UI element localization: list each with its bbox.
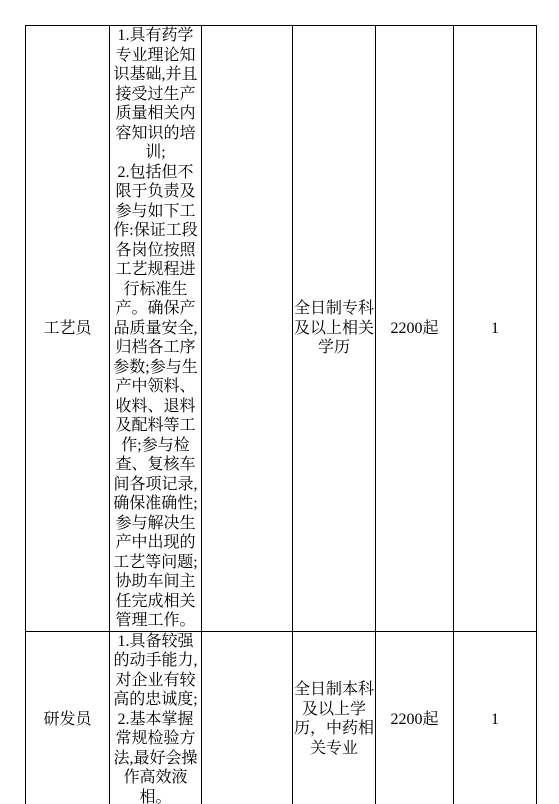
requirement-paragraph: 1.具有药学专业理论知识基础,并且接受过生产质量相关内容知识的培训; [110,26,201,163]
position-cell: 工艺员 [26,26,110,632]
table-row: 研发员 1.具备较强的动手能力,对企业有较高的忠诚度; 2.基本掌握常规检验方法… [26,631,537,804]
requirement-paragraph: 1.具备较强的动手能力,对企业有较高的忠诚度; [110,632,201,710]
requirements-cell: 1.具有药学专业理论知识基础,并且接受过生产质量相关内容知识的培训; 2.包括但… [110,26,202,632]
requirement-paragraph: 2.基本掌握常规检验方法,最好会操作高效液相。 [110,710,201,804]
education-cell: 全日制专科及以上相关学历 [293,26,376,632]
notes-cell [202,26,293,632]
notes-cell [202,631,293,804]
requirement-paragraph: 2.包括但不限于负责及参与如下工作:保证工段各岗位按照工艺规程进行标准生产。确保… [110,163,201,631]
salary-cell: 2200起 [376,26,454,632]
table-row: 工艺员 1.具有药学专业理论知识基础,并且接受过生产质量相关内容知识的培训; 2… [26,26,537,632]
salary-cell: 2200起 [376,631,454,804]
recruitment-table: 工艺员 1.具有药学专业理论知识基础,并且接受过生产质量相关内容知识的培训; 2… [25,25,537,804]
headcount-cell: 1 [454,26,537,632]
headcount-cell: 1 [454,631,537,804]
requirements-cell: 1.具备较强的动手能力,对企业有较高的忠诚度; 2.基本掌握常规检验方法,最好会… [110,631,202,804]
position-cell: 研发员 [26,631,110,804]
education-cell: 全日制本科及以上学历，中药相关专业 [293,631,376,804]
